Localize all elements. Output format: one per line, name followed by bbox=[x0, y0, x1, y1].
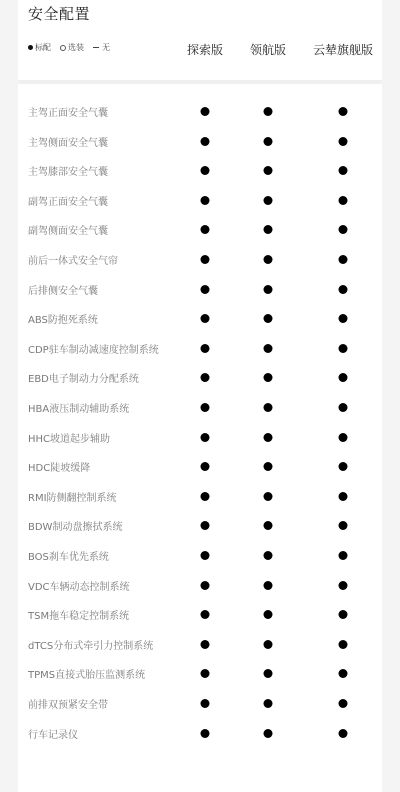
feature-label: dTCS分布式牵引力控制系统 bbox=[28, 637, 153, 652]
filled-dot-icon bbox=[201, 225, 210, 234]
filled-dot-icon bbox=[201, 581, 210, 590]
filled-dot-icon bbox=[339, 729, 348, 738]
legend-label: 无 bbox=[102, 42, 110, 53]
legend-label: 标配 bbox=[35, 42, 51, 53]
legend-none: 无 bbox=[93, 42, 110, 53]
filled-dot-icon bbox=[264, 373, 273, 382]
table-row: 前排双预紧安全带 bbox=[18, 694, 382, 714]
table-row: BDW制动盘擦拭系统 bbox=[18, 516, 382, 536]
filled-dot-icon bbox=[264, 433, 273, 442]
filled-dot-icon bbox=[339, 699, 348, 708]
table-row: 前后一体式安全气帘 bbox=[18, 250, 382, 270]
filled-dot-icon bbox=[201, 373, 210, 382]
filled-dot-icon bbox=[264, 610, 273, 619]
section-title: 安全配置 bbox=[28, 3, 90, 24]
feature-label: HDC陡坡缓降 bbox=[28, 459, 90, 474]
table-row: 主驾膝部安全气囊 bbox=[18, 161, 382, 181]
table-row: 后排侧安全气囊 bbox=[18, 280, 382, 300]
feature-label: 主驾正面安全气囊 bbox=[28, 104, 108, 119]
filled-dot-icon bbox=[264, 462, 273, 471]
filled-dot-icon bbox=[264, 669, 273, 678]
feature-label: ABS防抱死系统 bbox=[28, 311, 98, 326]
table-row: EBD电子制动力分配系统 bbox=[18, 368, 382, 388]
legend-label: 选装 bbox=[68, 42, 84, 53]
hollow-circle-icon bbox=[60, 45, 66, 51]
filled-dot-icon bbox=[201, 729, 210, 738]
feature-label: HBA液压制动辅助系统 bbox=[28, 400, 129, 415]
filled-dot-icon bbox=[339, 373, 348, 382]
feature-label: BDW制动盘擦拭系统 bbox=[28, 518, 122, 533]
column-header-trim-2: 领航版 bbox=[250, 41, 286, 58]
filled-dot-icon bbox=[339, 285, 348, 294]
filled-dot-icon bbox=[201, 551, 210, 560]
filled-dot-icon bbox=[264, 551, 273, 560]
feature-label: 主驾膝部安全气囊 bbox=[28, 163, 108, 178]
filled-dot-icon bbox=[201, 255, 210, 264]
table-row: HDC陡坡缓降 bbox=[18, 457, 382, 477]
feature-label: TSM拖车稳定控制系统 bbox=[28, 607, 129, 622]
table-row: 主驾正面安全气囊 bbox=[18, 102, 382, 122]
filled-dot-icon bbox=[264, 699, 273, 708]
filled-dot-icon bbox=[201, 107, 210, 116]
filled-dot-icon bbox=[339, 225, 348, 234]
dash-icon bbox=[93, 47, 99, 48]
filled-dot-icon bbox=[264, 729, 273, 738]
filled-dot-icon bbox=[339, 492, 348, 501]
filled-dot-icon bbox=[201, 640, 210, 649]
filled-dot-icon bbox=[264, 521, 273, 530]
feature-label: RMI防侧翻控制系统 bbox=[28, 489, 117, 504]
filled-dot-icon bbox=[264, 255, 273, 264]
filled-dot-icon bbox=[264, 107, 273, 116]
filled-dot-icon bbox=[264, 640, 273, 649]
filled-dot-icon bbox=[201, 344, 210, 353]
feature-label: EBD电子制动力分配系统 bbox=[28, 370, 139, 385]
filled-dot-icon bbox=[264, 285, 273, 294]
feature-label: BOS刹车优先系统 bbox=[28, 548, 109, 563]
table-row: dTCS分布式牵引力控制系统 bbox=[18, 635, 382, 655]
table-row: VDC车辆动态控制系统 bbox=[18, 576, 382, 596]
filled-dot-icon bbox=[201, 137, 210, 146]
filled-dot-icon bbox=[264, 581, 273, 590]
filled-dot-icon bbox=[339, 196, 348, 205]
column-header-trim-3: 云辇旗舰版 bbox=[313, 41, 373, 58]
filled-dot-icon bbox=[264, 166, 273, 175]
filled-dot-icon bbox=[264, 196, 273, 205]
table-row: 行车记录仪 bbox=[18, 724, 382, 744]
filled-dot-icon bbox=[339, 462, 348, 471]
header-card: 安全配置 标配 选装 无 探索版 领航版 云辇旗舰版 bbox=[18, 0, 382, 80]
filled-dot-icon bbox=[201, 285, 210, 294]
filled-dot-icon bbox=[339, 521, 348, 530]
feature-label: 主驾侧面安全气囊 bbox=[28, 134, 108, 149]
feature-label: VDC车辆动态控制系统 bbox=[28, 578, 130, 593]
filled-dot-icon bbox=[201, 699, 210, 708]
feature-label: TPMS直接式胎压监测系统 bbox=[28, 666, 145, 681]
feature-label: 前排双预紧安全带 bbox=[28, 696, 108, 711]
table-row: 副驾侧面安全气囊 bbox=[18, 220, 382, 240]
filled-dot-icon bbox=[339, 610, 348, 619]
filled-dot-icon bbox=[339, 137, 348, 146]
table-row: CDP驻车制动减速度控制系统 bbox=[18, 339, 382, 359]
table-row: ABS防抱死系统 bbox=[18, 309, 382, 329]
filled-dot-icon bbox=[264, 344, 273, 353]
filled-dot-icon bbox=[339, 107, 348, 116]
table-row: HHC坡道起步辅助 bbox=[18, 428, 382, 448]
table-row: 主驾侧面安全气囊 bbox=[18, 132, 382, 152]
feature-label: 副驾正面安全气囊 bbox=[28, 193, 108, 208]
filled-dot-icon bbox=[339, 403, 348, 412]
filled-dot-icon bbox=[201, 196, 210, 205]
filled-dot-icon bbox=[339, 166, 348, 175]
feature-label: 副驾侧面安全气囊 bbox=[28, 222, 108, 237]
feature-label: CDP驻车制动减速度控制系统 bbox=[28, 341, 159, 356]
feature-label: HHC坡道起步辅助 bbox=[28, 430, 110, 445]
filled-dot-icon bbox=[339, 255, 348, 264]
table-row: TSM拖车稳定控制系统 bbox=[18, 605, 382, 625]
table-row: RMI防侧翻控制系统 bbox=[18, 487, 382, 507]
table-row: 副驾正面安全气囊 bbox=[18, 191, 382, 211]
filled-dot-icon bbox=[264, 137, 273, 146]
feature-label: 后排侧安全气囊 bbox=[28, 282, 98, 297]
table-row: TPMS直接式胎压监测系统 bbox=[18, 664, 382, 684]
filled-dot-icon bbox=[201, 610, 210, 619]
filled-dot-icon bbox=[201, 433, 210, 442]
filled-dot-icon bbox=[339, 551, 348, 560]
table-row: BOS刹车优先系统 bbox=[18, 546, 382, 566]
filled-dot-icon bbox=[339, 640, 348, 649]
filled-dot-icon bbox=[264, 314, 273, 323]
legend-standard: 标配 bbox=[28, 42, 51, 53]
filled-dot-icon bbox=[339, 581, 348, 590]
filled-dot-icon bbox=[264, 403, 273, 412]
filled-dot-icon bbox=[339, 314, 348, 323]
filled-dot-icon bbox=[28, 45, 33, 50]
filled-dot-icon bbox=[201, 669, 210, 678]
filled-dot-icon bbox=[201, 492, 210, 501]
filled-dot-icon bbox=[339, 433, 348, 442]
legend-optional: 选装 bbox=[60, 42, 84, 53]
filled-dot-icon bbox=[201, 403, 210, 412]
filled-dot-icon bbox=[201, 462, 210, 471]
filled-dot-icon bbox=[264, 225, 273, 234]
filled-dot-icon bbox=[201, 314, 210, 323]
filled-dot-icon bbox=[264, 492, 273, 501]
filled-dot-icon bbox=[339, 669, 348, 678]
feature-label: 行车记录仪 bbox=[28, 726, 78, 741]
legend: 标配 选装 无 bbox=[28, 42, 119, 53]
filled-dot-icon bbox=[201, 521, 210, 530]
table-row: HBA液压制动辅助系统 bbox=[18, 398, 382, 418]
filled-dot-icon bbox=[339, 344, 348, 353]
column-header-trim-1: 探索版 bbox=[187, 41, 223, 58]
feature-label: 前后一体式安全气帘 bbox=[28, 252, 118, 267]
filled-dot-icon bbox=[201, 166, 210, 175]
feature-table: 主驾正面安全气囊主驾侧面安全气囊主驾膝部安全气囊副驾正面安全气囊副驾侧面安全气囊… bbox=[18, 84, 382, 792]
